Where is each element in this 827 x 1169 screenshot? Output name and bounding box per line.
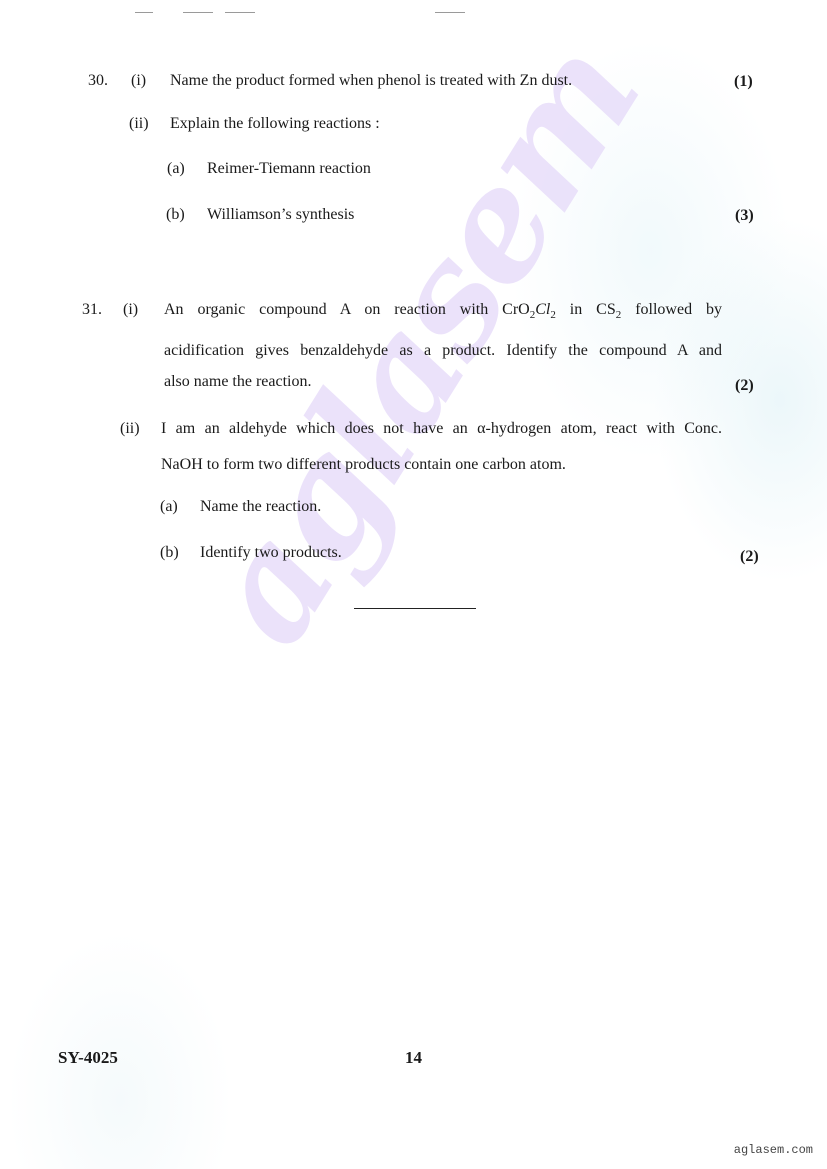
question-text-line: also name the reaction. [164, 373, 312, 391]
subpart-text: Williamson’s synthesis [207, 206, 354, 224]
paper-code: SY-4025 [58, 1048, 118, 1068]
subpart-text: Name the reaction. [200, 498, 321, 516]
part-label: (ii) [120, 420, 140, 438]
question-text: Explain the following reactions : [170, 115, 380, 133]
question-text-line: NaOH to form two different products cont… [161, 456, 566, 474]
top-edge-mark [135, 12, 153, 13]
subpart-label: (a) [167, 160, 185, 178]
marks: (2) [740, 548, 759, 566]
question-text-line: An organic compound A on reaction with C… [164, 301, 722, 321]
question-text: Name the product formed when phenol is t… [170, 72, 572, 90]
paper-scan-tint [0, 0, 827, 1169]
question-number: 30. [88, 72, 108, 90]
question-text-line: acidification gives benzaldehyde as a pr… [164, 342, 722, 360]
marks: (2) [735, 377, 754, 395]
part-label: (i) [123, 301, 138, 319]
top-edge-mark [225, 12, 255, 13]
site-watermark: aglasem.com [734, 1143, 813, 1157]
marks: (1) [734, 73, 753, 91]
question-number: 31. [82, 301, 102, 319]
part-label: (i) [131, 72, 146, 90]
subpart-text: Identify two products. [200, 544, 342, 562]
top-edge-mark [183, 12, 213, 13]
page-number: 14 [405, 1048, 422, 1068]
end-of-section-rule [354, 608, 476, 609]
marks: (3) [735, 207, 754, 225]
subpart-text: Reimer-Tiemann reaction [207, 160, 371, 178]
subpart-label: (b) [160, 544, 179, 562]
part-label: (ii) [129, 115, 149, 133]
subpart-label: (a) [160, 498, 178, 516]
question-text-line: I am an aldehyde which does not have an … [161, 420, 722, 438]
subpart-label: (b) [166, 206, 185, 224]
top-edge-mark [435, 12, 465, 13]
